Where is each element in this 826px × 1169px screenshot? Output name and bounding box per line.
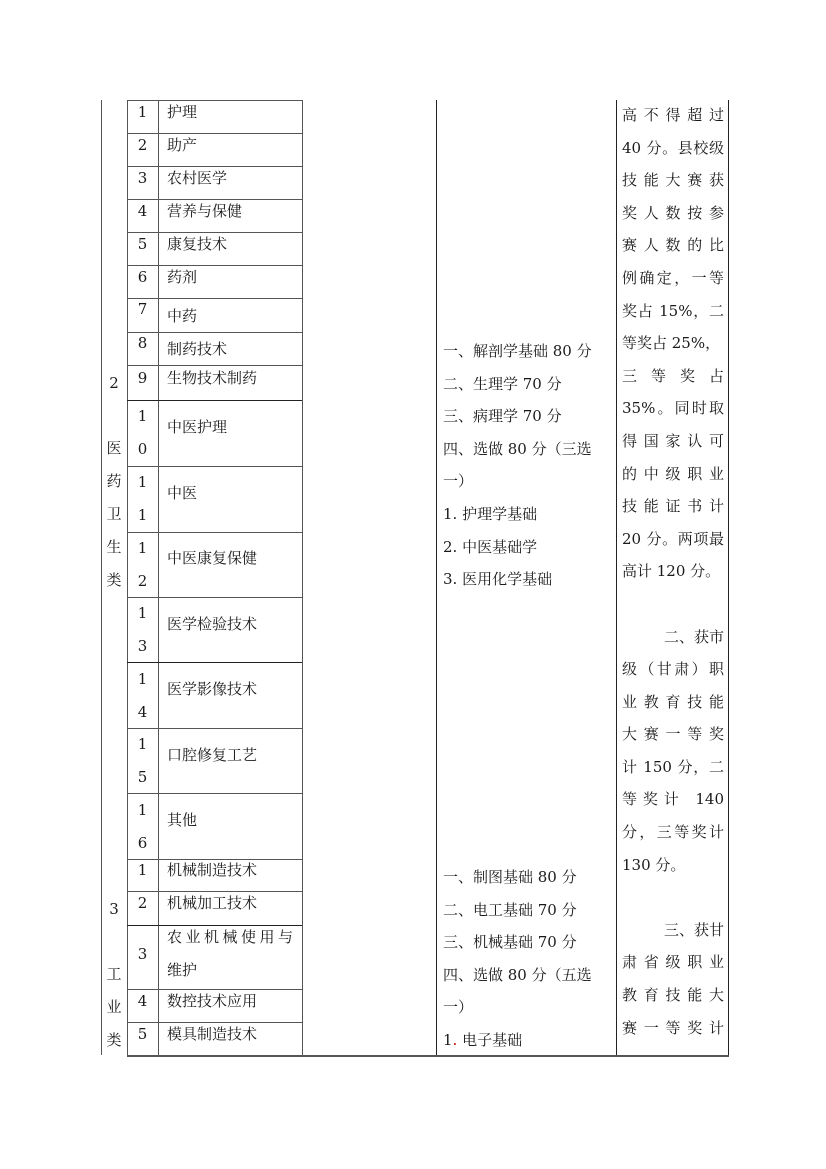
major-number: 6: [127, 261, 158, 294]
major-number: 5: [127, 228, 158, 261]
document-page: 2 医 药 卫 生 类 1 护理 2 助产 3 农村医学 4 营养与保健 5 康…: [0, 0, 826, 1169]
major-number: 1: [127, 663, 158, 696]
note-line: 计 150 分，二: [622, 751, 724, 784]
major-name: 机械制造技术: [158, 854, 302, 887]
note-line: 业教育技能: [622, 686, 724, 719]
major-name: 模具制造技术: [158, 1018, 302, 1051]
major-number: 4: [127, 985, 158, 1018]
major-name: 中药: [158, 300, 302, 333]
major-name: 护理: [158, 96, 302, 129]
major-number: 1: [127, 854, 158, 887]
exam-line: 三、病理学 70 分: [443, 400, 615, 433]
note-line: 奖占 15%，二: [622, 295, 724, 328]
category-name-char: 类: [101, 564, 127, 597]
major-name: 农业机械使用与: [158, 921, 302, 954]
exam-line: 四、选做 80 分（三选: [443, 433, 615, 466]
major-number: 1: [127, 466, 158, 499]
note-line: 40 分。县校级: [622, 132, 724, 165]
major-name: 口腔修复工艺: [158, 739, 302, 772]
note-line: 高不得超过: [622, 99, 724, 132]
major-number: 1: [127, 597, 158, 630]
major-number: 9: [127, 362, 158, 395]
note-line: 三 等 奖 占: [622, 360, 724, 393]
exam-item-number: 1: [443, 1031, 453, 1049]
exam-item-text: 电子基础: [457, 1031, 522, 1049]
major-name: 营养与保健: [158, 195, 302, 228]
table-right-border: [728, 100, 729, 1056]
note-line: 奖人数按参: [622, 197, 724, 230]
category-name-char: 医: [101, 432, 127, 465]
major-name: 数控技术应用: [158, 985, 302, 1018]
exam-line: 1. 护理学基础: [443, 498, 615, 531]
note-line: 等奖占 25%，: [622, 327, 724, 360]
major-number: 3: [127, 630, 158, 663]
exam-line: 一）: [443, 991, 615, 1024]
note-line: 赛一等奖计: [622, 1012, 724, 1045]
major-name: 药剂: [158, 261, 302, 294]
category-name-char: 药: [101, 465, 127, 498]
exam-subjects: 一、解剖学基础 80 分 二、生理学 70 分 三、病理学 70 分 四、选做 …: [443, 335, 615, 596]
major-name: 康复技术: [158, 228, 302, 261]
major-name: 生物技术制药: [158, 362, 302, 395]
note-line: 130 分。: [622, 849, 724, 882]
major-name: 农村医学: [158, 162, 302, 195]
note-line: 得国家认可: [622, 425, 724, 458]
note-line: 教育技能大: [622, 979, 724, 1012]
note-line: 技能证书计: [622, 490, 724, 523]
major-number: 0: [127, 433, 158, 466]
major-number: 1: [127, 532, 158, 565]
major-number: 8: [127, 327, 158, 360]
note-line: 例确定，一等: [622, 262, 724, 295]
exam-line: 四、选做 80 分（五选: [443, 959, 615, 992]
major-name: 其他: [158, 804, 302, 837]
major-name: 中医护理: [158, 411, 302, 444]
exam-line: 2. 中医基础学: [443, 531, 615, 564]
category-number: 2: [101, 367, 127, 400]
table-bottom-border: [127, 1055, 729, 1057]
note-line: 三、获甘: [622, 914, 724, 947]
exam-column-left-border: [436, 100, 437, 1056]
major-number: 5: [127, 1018, 158, 1051]
major-number: 4: [127, 696, 158, 729]
category-name-char: 卫: [101, 498, 127, 531]
major-number: 2: [127, 565, 158, 598]
exam-line: 二、生理学 70 分: [443, 368, 615, 401]
name-column-right-border: [302, 100, 303, 1056]
category-number: 3: [101, 893, 127, 926]
category-name-char: 业: [101, 991, 127, 1024]
exam-line: 一）: [443, 465, 615, 498]
major-number: 7: [127, 293, 158, 326]
major-name: 中医: [158, 477, 302, 510]
note-line: 赛人数的比: [622, 229, 724, 262]
major-number: 1: [127, 728, 158, 761]
major-number: 3: [127, 162, 158, 195]
major-name: 机械加工技术: [158, 887, 302, 920]
notes-column-left-border: [616, 100, 617, 1056]
major-number: 2: [127, 129, 158, 162]
exam-line: 一、制图基础 80 分: [443, 861, 615, 894]
major-number: 3: [127, 938, 158, 971]
note-blank-line: [622, 588, 724, 621]
major-number: 5: [127, 761, 158, 794]
exam-line: 一、解剖学基础 80 分: [443, 335, 615, 368]
exam-subjects: 一、制图基础 80 分 二、电工基础 70 分 三、机械基础 70 分 四、选做…: [443, 861, 615, 1057]
major-name: 助产: [158, 129, 302, 162]
major-name: 中医康复保健: [158, 542, 302, 575]
note-blank-line: [622, 881, 724, 914]
note-line: 级（甘肃）职: [622, 653, 724, 686]
note-line: 20 分。两项最: [622, 523, 724, 556]
major-number: 1: [127, 499, 158, 532]
note-line: 35%。同时取: [622, 392, 724, 425]
exam-line: 三、机械基础 70 分: [443, 926, 615, 959]
note-line: 大赛一等奖: [622, 718, 724, 751]
major-number: 4: [127, 195, 158, 228]
bonus-points-notes: 高不得超过 40 分。县校级 技能大赛获 奖人数按参 赛人数的比 例确定，一等 …: [622, 99, 724, 1044]
exam-line: 1. 电子基础: [443, 1024, 615, 1057]
category-name-char: 工: [101, 958, 127, 991]
note-line: 等奖计 140: [622, 783, 724, 816]
exam-line: 二、电工基础 70 分: [443, 894, 615, 927]
category-name-char: 生: [101, 531, 127, 564]
note-line: 技能大赛获: [622, 164, 724, 197]
note-line: 高计 120 分。: [622, 555, 724, 588]
note-line: 的中级职业: [622, 458, 724, 491]
major-number: 2: [127, 887, 158, 920]
major-name: 医学检验技术: [158, 608, 302, 641]
note-line: 分，三等奖计: [622, 816, 724, 849]
note-line: 肃省级职业: [622, 946, 724, 979]
major-name: 维护: [158, 954, 302, 987]
major-name: 医学影像技术: [158, 673, 302, 706]
exam-line: 3. 医用化学基础: [443, 563, 615, 596]
major-number: 1: [127, 400, 158, 433]
major-number: 1: [127, 96, 158, 129]
major-number: 1: [127, 794, 158, 827]
note-line: 二、获市: [622, 621, 724, 654]
category-name-char: 类: [101, 1024, 127, 1057]
